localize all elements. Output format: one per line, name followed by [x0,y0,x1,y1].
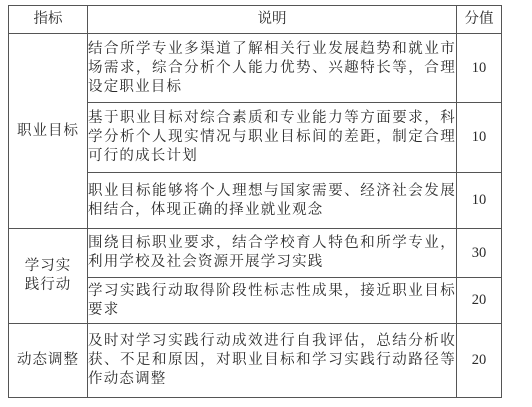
indicator-learning-practice: 学习实践行动 [9,229,88,324]
table-row: 动态调整 及时对学习实践行动成效进行自我评估，总结分析收获、不足和原因，对职业目… [9,324,502,398]
table-row: 职业目标 结合所学专业多渠道了解相关行业发展趋势和就业市场需求，综合分析个人能力… [9,34,502,103]
score-cell: 20 [457,324,502,398]
score-cell: 10 [457,103,502,173]
description-cell: 学习实践行动取得阶段性标志性成果，接近职业目标要求 [88,278,457,324]
score-cell: 10 [457,34,502,103]
header-row: 指标 说明 分值 [9,6,502,34]
description-cell: 基于职业目标对综合素质和专业能力等方面要求，科学分析个人现实情况与职业目标间的差… [88,103,457,173]
indicator-label: 动态调整 [17,352,79,368]
description-cell: 围绕目标职业要求，结合学校育人特色和所学专业，利用学校及社会资源开展学习实践 [88,229,457,278]
header-score: 分值 [457,6,502,34]
score-cell: 10 [457,173,502,229]
header-indicator: 指标 [9,6,88,34]
description-cell: 职业目标能够将个人理想与国家需要、经济社会发展相结合，体现正确的择业就业观念 [88,173,457,229]
indicator-label: 职业目标 [17,123,79,139]
score-cell: 30 [457,229,502,278]
scoring-criteria-table: 指标 说明 分值 职业目标 结合所学专业多渠道了解相关行业发展趋势和就业市场需求… [8,5,502,398]
description-cell: 结合所学专业多渠道了解相关行业发展趋势和就业市场需求，综合分析个人能力优势、兴趣… [88,34,457,103]
header-description: 说明 [88,6,457,34]
score-cell: 20 [457,278,502,324]
indicator-label: 学习实践行动 [25,258,72,293]
table-row: 学习实践行动 围绕目标职业要求，结合学校育人特色和所学专业，利用学校及社会资源开… [9,229,502,278]
description-cell: 及时对学习实践行动成效进行自我评估，总结分析收获、不足和原因，对职业目标和学习实… [88,324,457,398]
indicator-career-goal: 职业目标 [9,34,88,229]
indicator-dynamic-adjustment: 动态调整 [9,324,88,398]
